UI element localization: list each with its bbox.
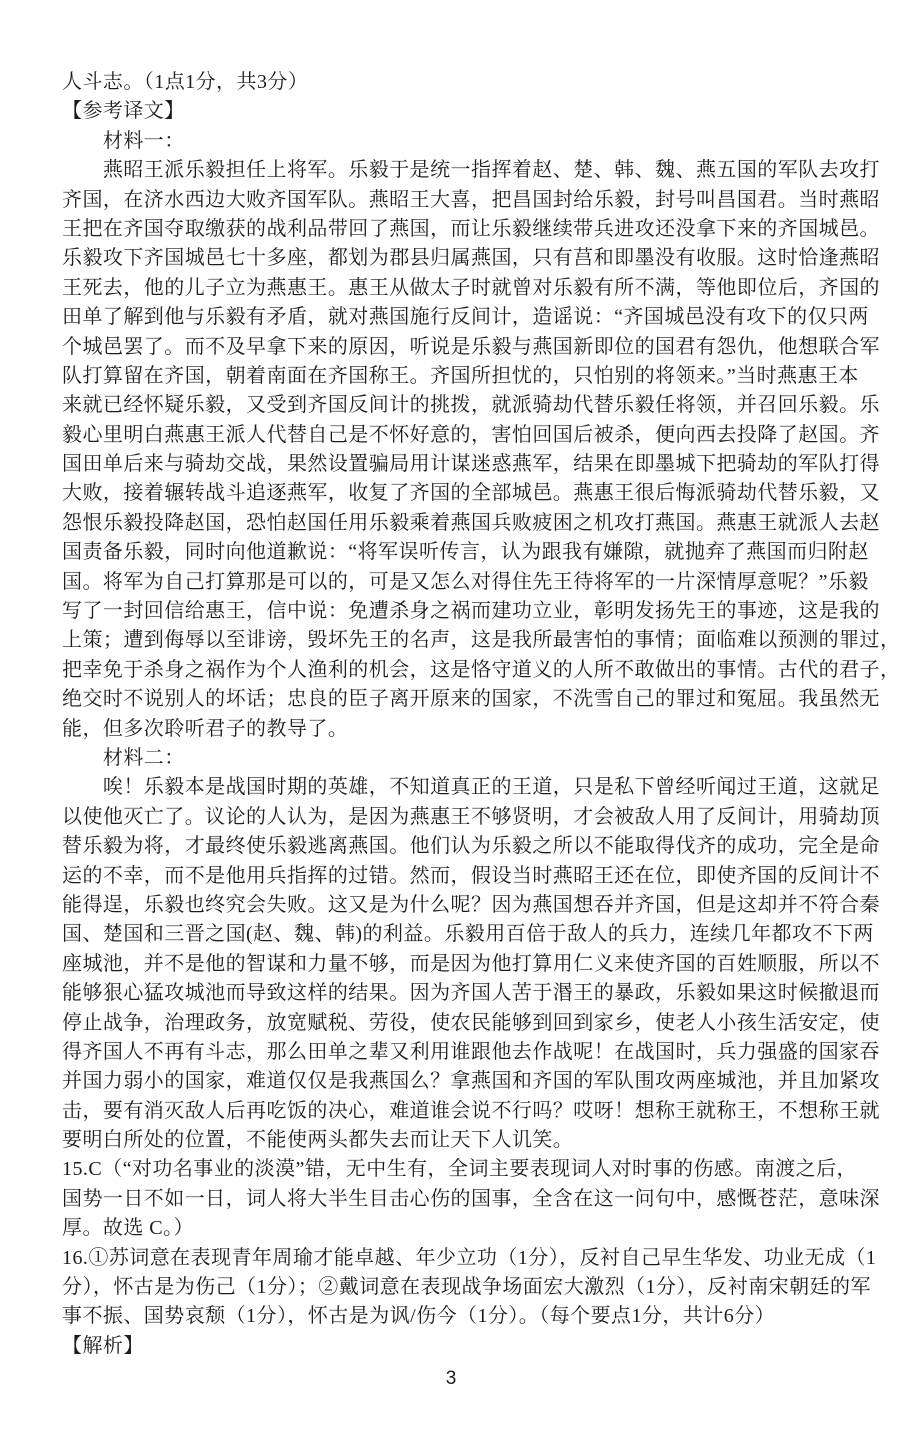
document-page: 人斗志。（1点1分，共3分）【参考译文】 材料一： 燕昭王派乐毅担任上将军。乐毅… bbox=[0, 0, 900, 1456]
text-line: 15.C（“对功名事业的淡漠”错，无中生有，全词主要表现词人对时事的伤感。南渡之… bbox=[62, 1155, 840, 1184]
text-line: 分），怀古是为伤己（1分）；②戴词意在表现战争场面宏大激烈（1分），反衬南宋朝廷… bbox=[62, 1273, 840, 1302]
text-line: 队打算留在齐国，朝着南面在齐国称王。齐国所担忧的，只怕别的将领来。”当时燕惠王本 bbox=[62, 362, 840, 391]
text-line: 得齐国人不再有斗志，那么田单之辈又利用谁跟他去作战呢！在战国时，兵力强盛的国家吞 bbox=[62, 1038, 840, 1067]
text-line: 国、楚国和三晋之国(赵、魏、韩)的利益。乐毅用百倍于敌人的兵力，连续几年都攻不下… bbox=[62, 920, 840, 949]
text-line: 大败，接着辗转战斗追逐燕军，收复了齐国的全部城邑。燕惠王很后悔派骑劫代替乐毅，又 bbox=[62, 479, 840, 508]
text-line: 运的不幸，而不是他用兵指挥的过错。然而，假设当时燕昭王还在位，即使齐国的反间计不 bbox=[62, 862, 840, 891]
text-line: 唉！乐毅本是战国时期的英雄，不知道真正的王道，只是私下曾经听闻过王道，这就足 bbox=[62, 773, 840, 802]
text-line: 国田单后来与骑劫交战，果然设置骗局用计谋迷惑燕军，结果在即墨城下把骑劫的军队打得 bbox=[62, 450, 840, 479]
text-line: 乐毅攻下齐国城邑七十多座，都划为郡县归属燕国，只有莒和即墨没有收服。这时恰逢燕昭 bbox=[62, 244, 840, 273]
text-line: 以使他灭亡了。议论的人认为，是因为燕惠王不够贤明，才会被敌人用了反间计，用骑劫顶 bbox=[62, 803, 840, 832]
text-line: 把幸免于杀身之祸作为个人渔利的机会，这是恪守道义的人所不敢做出的事情。古代的君子… bbox=[62, 656, 840, 685]
text-line: 并国力弱小的国家，难道仅仅是我燕国么？拿燕国和齐国的军队围攻两座城池，并且加紧攻 bbox=[62, 1067, 840, 1096]
answer-key-text-block: 人斗志。（1点1分，共3分）【参考译文】 材料一： 燕昭王派乐毅担任上将军。乐毅… bbox=[62, 68, 840, 1361]
text-line: 能，但多次聆听君子的教导了。 bbox=[62, 715, 840, 744]
text-line: 16.①苏词意在表现青年周瑜才能卓越、年少立功（1分），反衬自己早生华发、功业无… bbox=[62, 1244, 840, 1273]
text-line: 怨恨乐毅投降赵国，恐怕赵国任用乐毅乘着燕国兵败疲困之机攻打燕国。燕惠王就派人去赵 bbox=[62, 509, 840, 538]
text-line: 绝交时不说别人的坏话；忠良的臣子离开原来的国家，不洗雪自己的罪过和冤屈。我虽然无 bbox=[62, 685, 840, 714]
text-line: 能得逞，乐毅也终究会失败。这又是为什么呢？因为燕国想吞并齐国，但是这却并不符合秦 bbox=[62, 891, 840, 920]
text-line: 王把在齐国夺取缴获的战利品带回了燕国，而让乐毅继续带兵进攻还没拿下来的齐国城邑。 bbox=[62, 215, 840, 244]
text-line: 要明白所处的位置，不能使两头都失去而让天下人讥笑。 bbox=[62, 1126, 840, 1155]
text-line: 齐国，在济水西边大败齐国军队。燕昭王大喜，把昌国封给乐毅，封号叫昌国君。当时燕昭 bbox=[62, 186, 840, 215]
text-line: 替乐毅为将，才最终使乐毅逃离燕国。他们认为乐毅之所以不能取得伐齐的成功，完全是命 bbox=[62, 832, 840, 861]
text-line: 写了一封回信给惠王，信中说：免遭杀身之祸而建功立业，彰明发扬先王的事迹，这是我的 bbox=[62, 597, 840, 626]
text-line: 田单了解到他与乐毅有矛盾，就对燕国施行反间计，造谣说：“齐国城邑没有攻下的仅只两 bbox=[62, 303, 840, 332]
text-line: 王死去，他的儿子立为燕惠王。惠王从做太子时就曾对乐毅有所不满，等他即位后，齐国的 bbox=[62, 274, 840, 303]
text-line: 来就已经怀疑乐毅，又受到齐国反间计的挑拨，就派骑劫代替乐毅任将领，并召回乐毅。乐 bbox=[62, 391, 840, 420]
text-line: 能够狠心猛攻城池而导致这样的结果。因为齐国人苦于湣王的暴政，乐毅如果这时候撤退而 bbox=[62, 979, 840, 1008]
text-line: 个城邑罢了。而不及早拿下来的原因，听说是乐毅与燕国新即位的国君有怨仇，他想联合军 bbox=[62, 333, 840, 362]
text-line: 人斗志。（1点1分，共3分） bbox=[62, 68, 840, 97]
text-line: 上策；遭到侮辱以至诽谤，毁坏先王的名声，这是我所最害怕的事情；面临难以预测的罪过… bbox=[62, 626, 840, 655]
text-line: 事不振、国势哀颓（1分），怀古是为讽/伤今（1分）。（每个要点1分，共计6分） bbox=[62, 1302, 840, 1331]
text-line: 座城池，并不是他的智谋和力量不够，而是因为他打算用仁义来使齐国的百姓顺服，所以不 bbox=[62, 950, 840, 979]
text-line: 【参考译文】 bbox=[62, 97, 840, 126]
page-number: 3 bbox=[62, 1368, 840, 1390]
text-line: 毅心里明白燕惠王派人代替自己是不怀好意的，害怕回国后被杀，便向西去投降了赵国。齐 bbox=[62, 421, 840, 450]
text-line: 材料二： bbox=[62, 744, 840, 773]
text-line: 国。将军为自己打算那是可以的，可是又怎么对得住先王待将军的一片深情厚意呢？”乐毅 bbox=[62, 568, 840, 597]
text-line: 【解析】 bbox=[62, 1332, 840, 1361]
text-line: 停止战争，治理政务，放宽赋税、劳役，使农民能够到回到家乡，使老人小孩生活安定，使 bbox=[62, 1009, 840, 1038]
text-line: 厚。故选 C。） bbox=[62, 1214, 840, 1243]
text-line: 国责备乐毅，同时向他道歉说：“将军误听传言，认为跟我有嫌隙，就抛弃了燕国而归附赵 bbox=[62, 538, 840, 567]
text-line: 燕昭王派乐毅担任上将军。乐毅于是统一指挥着赵、楚、韩、魏、燕五国的军队去攻打 bbox=[62, 156, 840, 185]
text-line: 击，要有消灭敌人后再吃饭的决心，难道谁会说不行吗？哎呀！想称王就称王，不想称王就 bbox=[62, 1097, 840, 1126]
text-line: 材料一： bbox=[62, 127, 840, 156]
text-line: 国势一日不如一日，词人将大半生目击心伤的国事，全含在这一问句中，感慨苍茫，意味深 bbox=[62, 1185, 840, 1214]
